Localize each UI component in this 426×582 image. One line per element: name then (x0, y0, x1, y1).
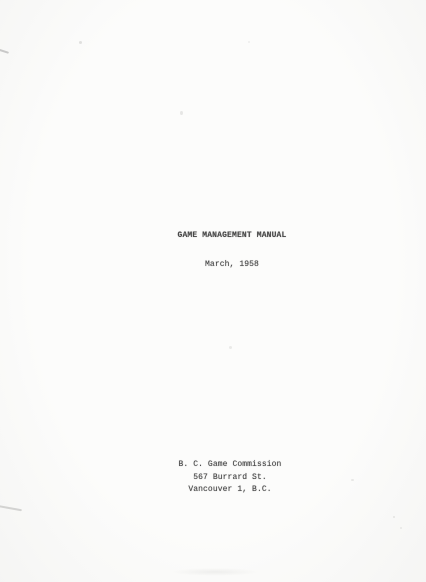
scan-speck (180, 111, 183, 115)
scan-speck (79, 41, 82, 44)
scan-smudge (170, 568, 260, 576)
scan-speck (400, 527, 402, 529)
document-title: GAME MANAGEMENT MANUAL (19, 231, 426, 240)
scan-speck (351, 479, 354, 481)
publisher-city: Vancouver 1, B.C. (17, 484, 426, 497)
document-date: March, 1958 (19, 260, 426, 269)
publisher-street: 567 Burrard St. (17, 472, 426, 485)
scan-scratch (0, 505, 22, 511)
publisher-address-block: B. C. Game Commission 567 Burrard St. Va… (17, 459, 426, 497)
scan-scratch (0, 48, 9, 54)
scan-speck (229, 346, 232, 349)
publisher-name: B. C. Game Commission (17, 459, 426, 472)
scan-speck (248, 41, 250, 43)
scan-speck (393, 516, 395, 518)
document-page: GAME MANAGEMENT MANUAL March, 1958 B. C.… (0, 0, 426, 582)
